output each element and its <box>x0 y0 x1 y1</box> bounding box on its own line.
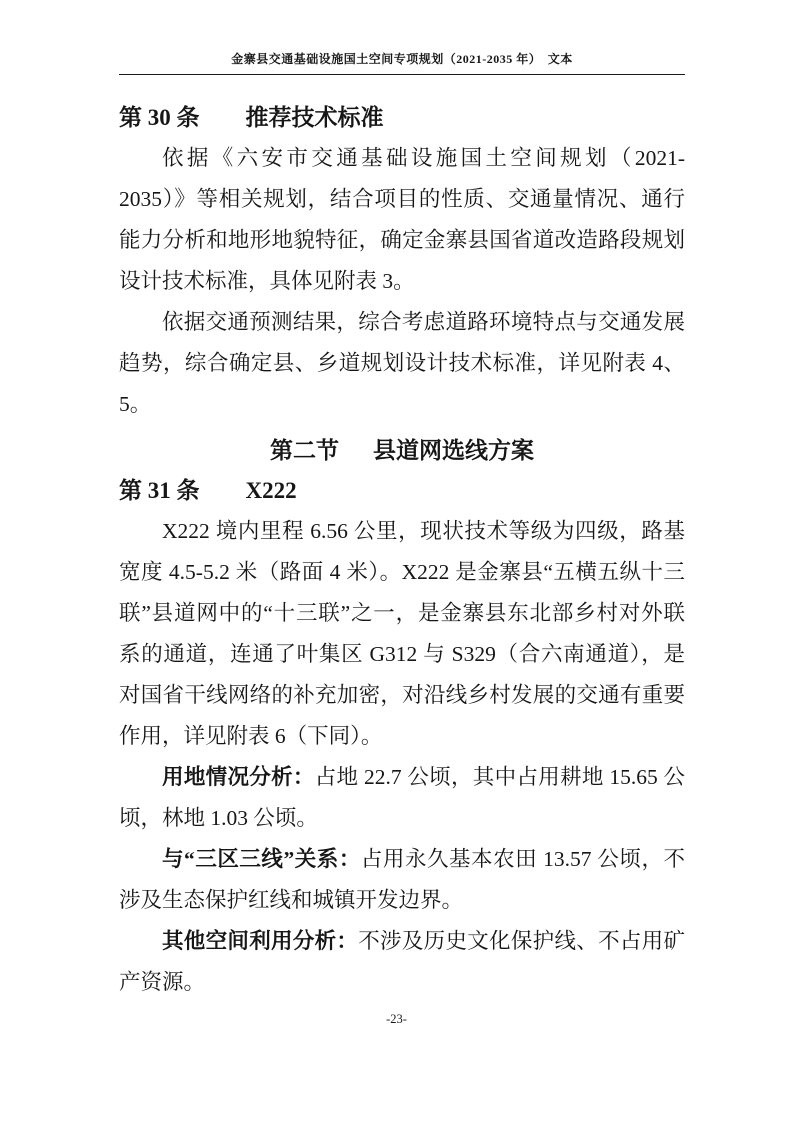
article-30-paragraph-2: 依据交通预测结果，综合考虑道路环境特点与交通发展趋势，综合确定县、乡道规划设计技… <box>119 302 685 425</box>
article-31-number: 第 31 条 <box>119 478 200 503</box>
article-31-title: X222 <box>246 478 297 503</box>
article-30-heading: 第 30 条推荐技术标准 <box>119 98 685 138</box>
article-31-heading: 第 31 条X222 <box>119 471 685 511</box>
article-31-intro-paragraph: X222 境内里程 6.56 公里，现状技术等级为四级，路基宽度 4.5-5.2… <box>119 511 685 757</box>
document-page: 金寨县交通基础设施国土空间专项规划（2021-2035 年） 文本 第 30 条… <box>0 0 793 1122</box>
section-2-title: 县道网选线方案 <box>373 437 534 463</box>
three-zones-label: 与“三区三线”关系： <box>162 847 361 871</box>
article-31-three-zones-paragraph: 与“三区三线”关系：占用永久基本农田 13.57 公顷，不涉及生态保护红线和城镇… <box>119 839 685 921</box>
document-body: 第 30 条推荐技术标准 依据《六安市交通基础设施国土空间规划（2021-203… <box>119 77 685 1003</box>
page-number: -23- <box>0 1012 793 1027</box>
section-2-number: 第二节 <box>270 437 339 463</box>
article-31-land-use-paragraph: 用地情况分析：占地 22.7 公顷，其中占用耕地 15.65 公顷，林地 1.0… <box>119 757 685 839</box>
article-30-paragraph-1: 依据《六安市交通基础设施国土空间规划（2021-2035）》等相关规划，结合项目… <box>119 138 685 302</box>
other-space-label: 其他空间利用分析： <box>162 929 358 953</box>
article-30-number: 第 30 条 <box>119 105 200 130</box>
article-31-other-space-paragraph: 其他空间利用分析：不涉及历史文化保护线、不占用矿产资源。 <box>119 921 685 1003</box>
article-30-title: 推荐技术标准 <box>246 105 384 130</box>
land-use-label: 用地情况分析： <box>162 765 315 789</box>
section-2-heading: 第二节县道网选线方案 <box>119 429 685 471</box>
page-header: 金寨县交通基础设施国土空间专项规划（2021-2035 年） 文本 <box>119 50 685 75</box>
